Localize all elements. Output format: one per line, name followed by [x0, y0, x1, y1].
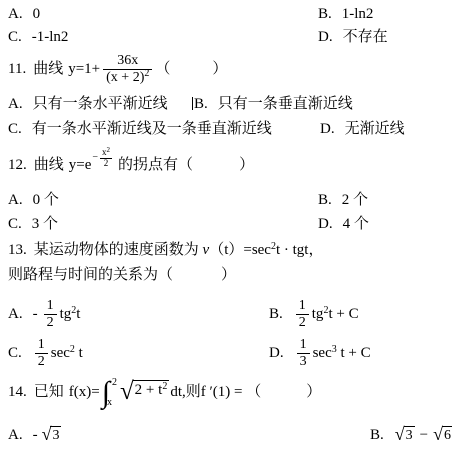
option-text: 只有一条水平渐近线 [33, 96, 168, 112]
question-number: 13. [8, 242, 27, 258]
option-label: C. [8, 29, 22, 45]
exponent-minus: − [92, 153, 98, 163]
option-label: D. [318, 29, 333, 45]
q14-option-a: A.-√3 [8, 423, 62, 447]
integral-lower-limit: x [107, 398, 117, 408]
fraction-denominator: 2 [35, 354, 48, 370]
q11-option-a: A.只有一条水平渐近线 [8, 95, 168, 113]
trig-exponent: 2 [70, 344, 75, 355]
q13-text-mid: （t）=sec [209, 242, 271, 258]
radicand: 3 [404, 426, 415, 445]
trig-exponent: 2 [323, 305, 328, 316]
q14-after-text: dt,则f ′(1) = [170, 384, 242, 400]
option-tail: t + C [337, 345, 371, 361]
square-root: √3 [395, 426, 415, 445]
radical-sign: √ [395, 425, 405, 443]
q14-function-lhs: f(x)= [69, 384, 100, 400]
option-label: B. [318, 192, 332, 208]
option-label: A. [8, 427, 23, 443]
q13-line2-text: 则路程与时间的关系为 [8, 267, 158, 283]
q12-stem-line: 12.曲线y=e−x22的拐点有（） [8, 145, 254, 185]
option-text: 2 个 [342, 192, 368, 208]
option-label: C. [8, 216, 22, 232]
trig-function: tg [60, 306, 72, 322]
integral: ∫2x [102, 378, 117, 408]
open-paren: （ [155, 61, 170, 77]
q14-option-b: B.√3−√6 [370, 423, 452, 447]
radical-sign: √ [120, 379, 134, 404]
option-text: 0 [33, 6, 41, 22]
option-tail: t [76, 306, 80, 322]
close-paren: ） [306, 384, 321, 400]
q11-option-b: B.只有一条垂直渐近线 [192, 95, 353, 113]
exam-page: A.0 B.1-ln2 C.-1-ln2 D.不存在 11.曲线y=1+36x(… [0, 0, 452, 453]
radical-sign: √ [42, 425, 52, 443]
question-number: 12. [8, 157, 27, 173]
integral-limits: 2x [110, 378, 117, 408]
fraction: 12 [35, 337, 48, 370]
integral-upper-limit: 2 [112, 378, 117, 388]
square-root: √2 + t2 [120, 380, 169, 405]
fraction-numerator: 1 [44, 298, 57, 315]
exponent-numerator: x2 [100, 148, 112, 159]
q10-option-b: B.1-ln2 [318, 5, 373, 23]
fraction-denominator: 2 [296, 315, 309, 331]
fraction-denominator: 3 [297, 354, 310, 370]
fraction-numerator: 1 [35, 337, 48, 354]
option-text: 不存在 [343, 29, 388, 45]
option-text: 无渐近线 [345, 121, 405, 137]
option-text: -1-ln2 [32, 29, 69, 45]
q10-option-d: D.不存在 [318, 28, 388, 46]
option-label: B. [318, 6, 332, 22]
trig-exponent: 2 [71, 305, 76, 316]
question-number: 11. [8, 61, 26, 77]
q11-stem-line: 11.曲线y=1+36x(x + 2)2（） [8, 47, 227, 91]
q11-equation-lhs: y=1+ [68, 61, 100, 77]
q13-stem-line1-text: 13.某运动物体的速度函数为 v（t）=sec2t · tgt， [8, 241, 323, 261]
exponent-base: x [102, 147, 107, 157]
text-cursor-bar [192, 97, 193, 110]
option-text: 1-ln2 [342, 6, 374, 22]
q12-option-d: D.4 个 [318, 215, 369, 233]
square-root: √6 [433, 426, 452, 445]
trig-function: sec [51, 345, 70, 361]
fraction: 12 [296, 298, 309, 331]
option-label: B. [370, 427, 384, 443]
open-paren: （ [158, 267, 173, 283]
q13-stem-line2-text: 则路程与时间的关系为（） [8, 266, 236, 284]
q12-equation-lhs: y=e [69, 157, 92, 173]
q14-stem-line: 14.已知f(x)=∫2x√2 + t2dt,则f ′(1) = （） [8, 371, 321, 413]
option-label: D. [318, 216, 333, 232]
q13-option-d: D.13sec3 t + C [269, 335, 371, 373]
denominator-exponent: 2 [144, 68, 149, 79]
radical-sign: √ [433, 425, 443, 443]
option-label: C. [8, 345, 22, 361]
fraction-numerator: 1 [296, 298, 309, 315]
minus-sign: − [420, 427, 428, 443]
exponent-fraction: x22 [100, 148, 112, 169]
option-text: 0 个 [33, 192, 59, 208]
exponent-block: −x22 [92, 148, 113, 169]
option-label: C. [8, 121, 22, 137]
q11-lead-text: 曲线 [33, 61, 63, 77]
q12-tail-text: 的拐点有 [118, 157, 178, 173]
option-tail: t [75, 345, 83, 361]
q11-option-d: D.无渐近线 [320, 120, 405, 138]
fraction-denominator: 2 [44, 315, 57, 331]
square-root: √3 [42, 426, 62, 445]
trig-exponent: 3 [332, 344, 337, 355]
option-label: A. [8, 96, 23, 112]
minus-sign: - [33, 306, 38, 322]
option-tail: t + C [328, 306, 358, 322]
q13-text-tail: t · tgt， [276, 242, 324, 258]
option-text: 3 个 [32, 216, 58, 232]
exponent-square: 2 [107, 146, 111, 154]
sec-exponent: 2 [271, 241, 276, 252]
close-paren: ） [212, 61, 227, 77]
q14-lead-text: 已知 [34, 384, 64, 400]
radicand-base: 2 + t [135, 382, 163, 398]
q10-option-c: C.-1-ln2 [8, 28, 68, 46]
radicand: 2 + t2 [133, 380, 170, 400]
q13-option-c: C.12sec2 t [8, 335, 83, 373]
option-text: 只有一条垂直渐近线 [218, 96, 353, 112]
option-label: B. [269, 306, 283, 322]
option-label: D. [269, 345, 284, 361]
q12-option-c: C.3 个 [8, 215, 58, 233]
radicand: 3 [50, 426, 61, 445]
close-paren: ） [221, 267, 236, 283]
radicand: 6 [442, 426, 452, 445]
trig-function: tg [312, 306, 324, 322]
fraction: 36x(x + 2)2 [103, 53, 152, 86]
trig-function: sec [313, 345, 332, 361]
open-paren: （ [178, 157, 193, 173]
fraction-numerator: 1 [297, 337, 310, 354]
denominator-base: (x + 2) [106, 70, 144, 85]
option-label: A. [8, 192, 23, 208]
open-paren: （ [246, 384, 261, 400]
minus-sign: - [33, 427, 38, 443]
fraction: 12 [44, 298, 57, 331]
q12-lead-text: 曲线 [34, 157, 64, 173]
q13-option-a: A.-12tg2t [8, 296, 80, 334]
q13-option-b: B.12tg2t + C [269, 296, 359, 334]
q11-option-c: C.有一条水平渐近线及一条垂直渐近线 [8, 120, 272, 138]
q10-option-a: A.0 [8, 5, 40, 23]
fraction-denominator: (x + 2)2 [103, 70, 152, 86]
q12-option-a: A.0 个 [8, 191, 59, 209]
close-paren: ） [239, 157, 254, 173]
q12-option-b: B.2 个 [318, 191, 368, 209]
option-label: D. [320, 121, 335, 137]
option-label: B. [194, 96, 208, 112]
option-text: 有一条水平渐近线及一条垂直渐近线 [32, 121, 272, 137]
option-label: A. [8, 6, 23, 22]
fraction: 13 [297, 337, 310, 370]
option-text: 4 个 [343, 216, 369, 232]
radicand-exponent: 2 [162, 381, 167, 392]
option-label: A. [8, 306, 23, 322]
q13-text-pre: 某运动物体的速度函数为 [34, 242, 203, 258]
question-number: 14. [8, 384, 27, 400]
exponent-denominator: 2 [100, 159, 112, 169]
